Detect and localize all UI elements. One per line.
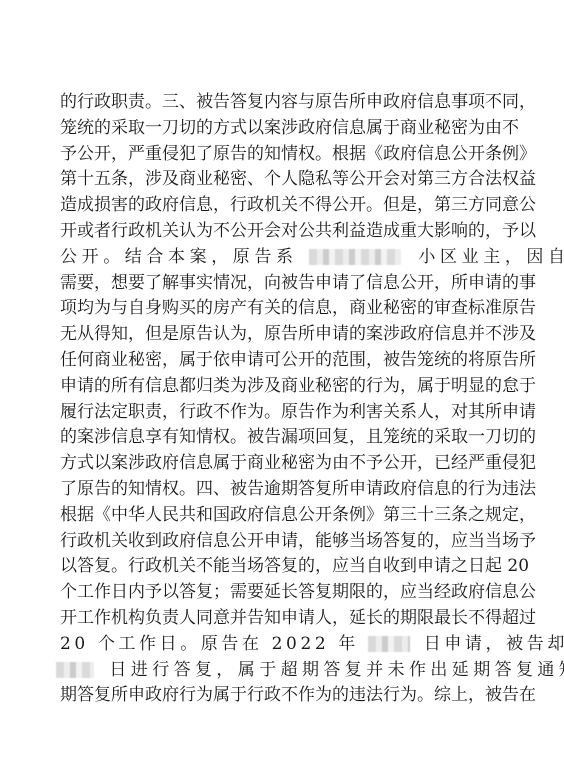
text-line: 无从得知，但是原告认为，原告所申请的案涉政府信息并不涉及 — [60, 322, 504, 348]
text-segment: 小区业主，因自身生活 — [418, 247, 564, 267]
text-line-with-redaction: 20 个工作日。原告在 2022 年 日申请，被告却在 2022 年 — [60, 632, 504, 658]
text-line: 造成损害的政府信息，行政机关不得公开。但是，第三方同意公 — [60, 193, 504, 219]
text-line: 申请的所有信息都归类为涉及商业秘密的行为，属于明显的怠于 — [60, 374, 504, 400]
redacted-date — [56, 662, 94, 678]
text-line: 第十五条，涉及商业秘密、个人隐私等公开会对第三方合法权益 — [60, 167, 504, 193]
text-line: 任何商业秘密，属于依申请可公开的范围，被告笼统的将原告所 — [60, 348, 504, 374]
text-line: 根据《中华人民共和国政府信息公开条例》第三十三条之规定， — [60, 503, 504, 529]
text-line: 予公开，严重侵犯了原告的知情权。根据《政府信息公开条例》 — [60, 142, 504, 168]
text-segment: 20 个工作日。原告在 2022 年 — [60, 634, 359, 654]
text-line: 项均为与自身购买的房产有关的信息，商业秘密的审查标准原告 — [60, 296, 504, 322]
text-line-with-redaction: 日进行答复，属于超期答复并未作出延期答复通知，其逾 — [60, 658, 504, 684]
text-line-with-redaction: 公开。结合本案，原告系 小区业主，因自身生活 — [60, 245, 504, 271]
text-line: 行政机关收到政府信息公开申请，能够当场答复的，应当当场予 — [60, 529, 504, 555]
text-line: 的行政职责。三、被告答复内容与原告所申政府信息事项不同， — [60, 90, 504, 116]
text-line: 个工作日内予以答复；需要延长答复期限的，应当经政府信息公 — [60, 580, 504, 606]
text-line: 履行法定职责，行政不作为。原告作为利害关系人，对其所申请 — [60, 400, 504, 426]
redacted-community-name — [309, 249, 401, 265]
text-line: 笼统的采取一刀切的方式以案涉政府信息属于商业秘密为由不 — [60, 116, 504, 142]
text-line: 的案涉信息享有知情权。被告漏项回复，且笼统的采取一刀切的 — [60, 425, 504, 451]
text-line: 需要，想要了解事实情况，向被告申请了信息公开，所申请的事 — [60, 271, 504, 297]
document-page: 的行政职责。三、被告答复内容与原告所申政府信息事项不同， 笼统的采取一刀切的方式… — [60, 90, 504, 709]
text-line: 期答复所申政府行为属于行政不作为的违法行为。综上，被告在 — [60, 683, 504, 709]
redacted-date — [368, 636, 410, 652]
text-segment: 公开。结合本案，原告系 — [60, 247, 298, 267]
text-line: 开或者行政机关认为不公开会对公共利益造成重大影响的，予以 — [60, 219, 504, 245]
text-line: 开工作机构负责人同意并告知申请人，延长的期限最长不得超过 — [60, 606, 504, 632]
text-line: 了原告的知情权。四、被告逾期答复所申请政府信息的行为违法 — [60, 477, 504, 503]
text-segment: 日进行答复，属于超期答复并未作出延期答复通知，其逾 — [109, 660, 564, 680]
text-line: 方式以案涉政府信息属于商业秘密为由不予公开，已经严重侵犯 — [60, 451, 504, 477]
text-line: 以答复。行政机关不能当场答复的，应当自收到申请之日起 20 — [60, 554, 504, 580]
text-segment: 日申请，被告却在 2022 年 — [424, 634, 564, 654]
